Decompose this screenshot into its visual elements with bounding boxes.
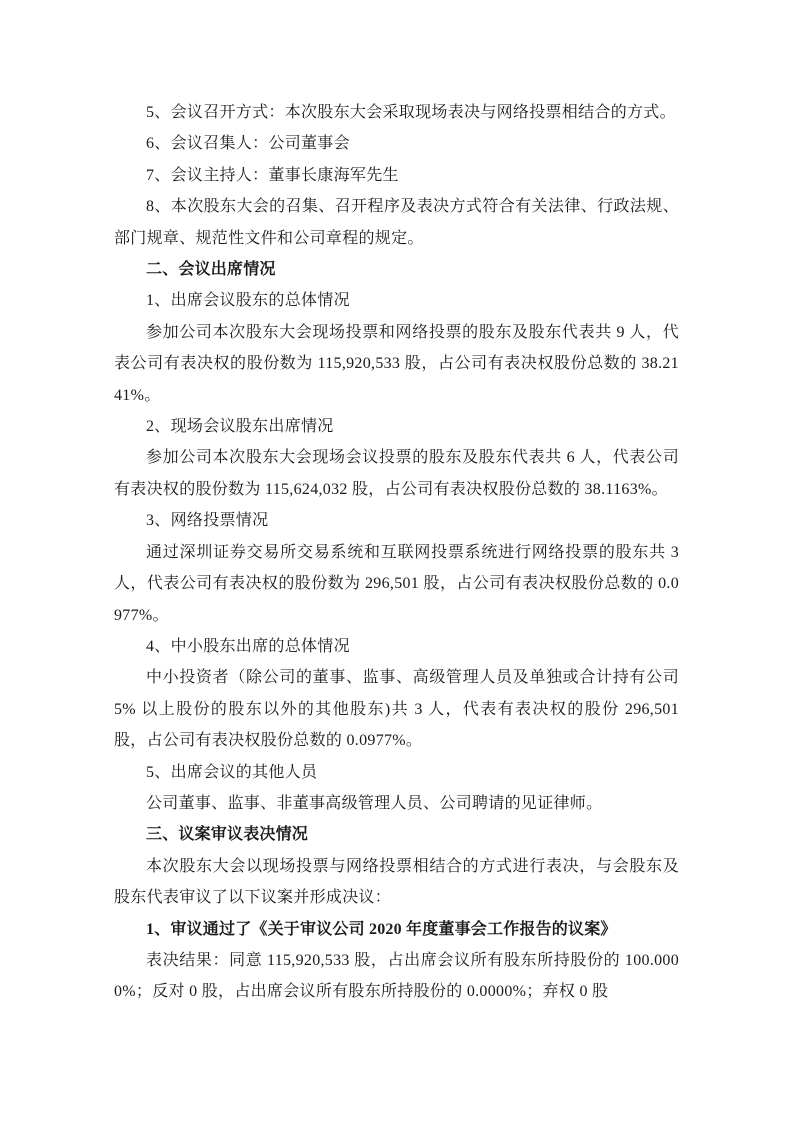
paragraph-other-attendees-detail: 公司董事、监事、非董事高级管理人员、公司聘请的见证律师。 — [114, 788, 679, 819]
subitem-2-onsite-attendance-title: 2、现场会议股东出席情况 — [114, 411, 679, 442]
subitem-4-minority-shareholders-title: 4、中小股东出席的总体情况 — [114, 631, 679, 662]
proposal-1-heading: 1、审议通过了《关于审议公司 2020 年度董事会工作报告的议案》 — [114, 914, 679, 945]
paragraph-voting-method: 本次股东大会以现场投票与网络投票相结合的方式进行表决，与会股东及股东代表审议了以… — [114, 851, 679, 914]
section-heading-proposal-voting: 三、议案审议表决情况 — [114, 819, 679, 850]
paragraph-overall-attendance-detail: 参加公司本次股东大会现场投票和网络投票的股东及股东代表共 9 人，代表公司有表决… — [114, 317, 679, 411]
paragraph-minority-shareholders-detail: 中小投资者（除公司的董事、监事、高级管理人员及单独或合计持有公司 5% 以上股份… — [114, 662, 679, 756]
item-6-convener: 6、会议召集人：公司董事会 — [114, 128, 679, 159]
item-5-convening-method: 5、会议召开方式：本次股东大会采取现场表决与网络投票相结合的方式。 — [114, 97, 679, 128]
item-8-legal-compliance: 8、本次股东大会的召集、召开程序及表决方式符合有关法律、行政法规、部门规章、规范… — [114, 191, 679, 254]
subitem-3-online-voting-title: 3、网络投票情况 — [114, 505, 679, 536]
document-page: 5、会议召开方式：本次股东大会采取现场表决与网络投票相结合的方式。 6、会议召集… — [0, 0, 793, 1122]
section-heading-meeting-attendance: 二、会议出席情况 — [114, 254, 679, 285]
paragraph-online-voting-detail: 通过深圳证券交易所交易系统和互联网投票系统进行网络投票的股东共 3 人，代表公司… — [114, 537, 679, 631]
item-7-meeting-chair: 7、会议主持人：董事长康海军先生 — [114, 160, 679, 191]
subitem-5-other-attendees-title: 5、出席会议的其他人员 — [114, 757, 679, 788]
subitem-1-overall-attendance-title: 1、出席会议股东的总体情况 — [114, 285, 679, 316]
paragraph-proposal-1-voting-result: 表决结果：同意 115,920,533 股，占出席会议所有股东所持股份的 100… — [114, 945, 679, 1008]
paragraph-onsite-attendance-detail: 参加公司本次股东大会现场会议投票的股东及股东代表共 6 人，代表公司有表决权的股… — [114, 442, 679, 505]
